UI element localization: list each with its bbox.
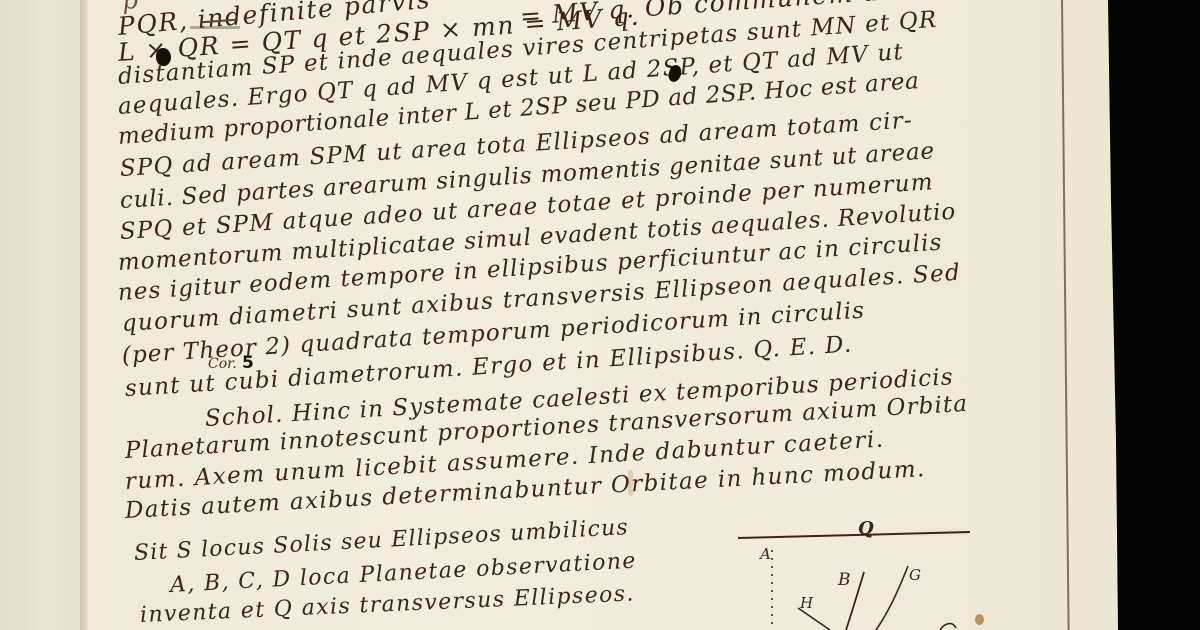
paper-stain (975, 614, 984, 625)
right-margin-rule (1061, 0, 1070, 630)
insertion-number: 5 (242, 353, 254, 373)
left-facing-page (0, 0, 84, 630)
diagram-label-a: A (760, 545, 771, 563)
diagram-label-g: G (909, 566, 921, 584)
diagram-label-b: B (838, 570, 851, 590)
diagram-label-q: Q (858, 518, 874, 539)
diagram-label-h: H (800, 594, 813, 612)
ink-blot (156, 48, 171, 66)
orbit-diagram (730, 520, 980, 630)
strikethrough-mark (190, 26, 240, 29)
insertion-cor-label: Cor. (208, 356, 237, 372)
